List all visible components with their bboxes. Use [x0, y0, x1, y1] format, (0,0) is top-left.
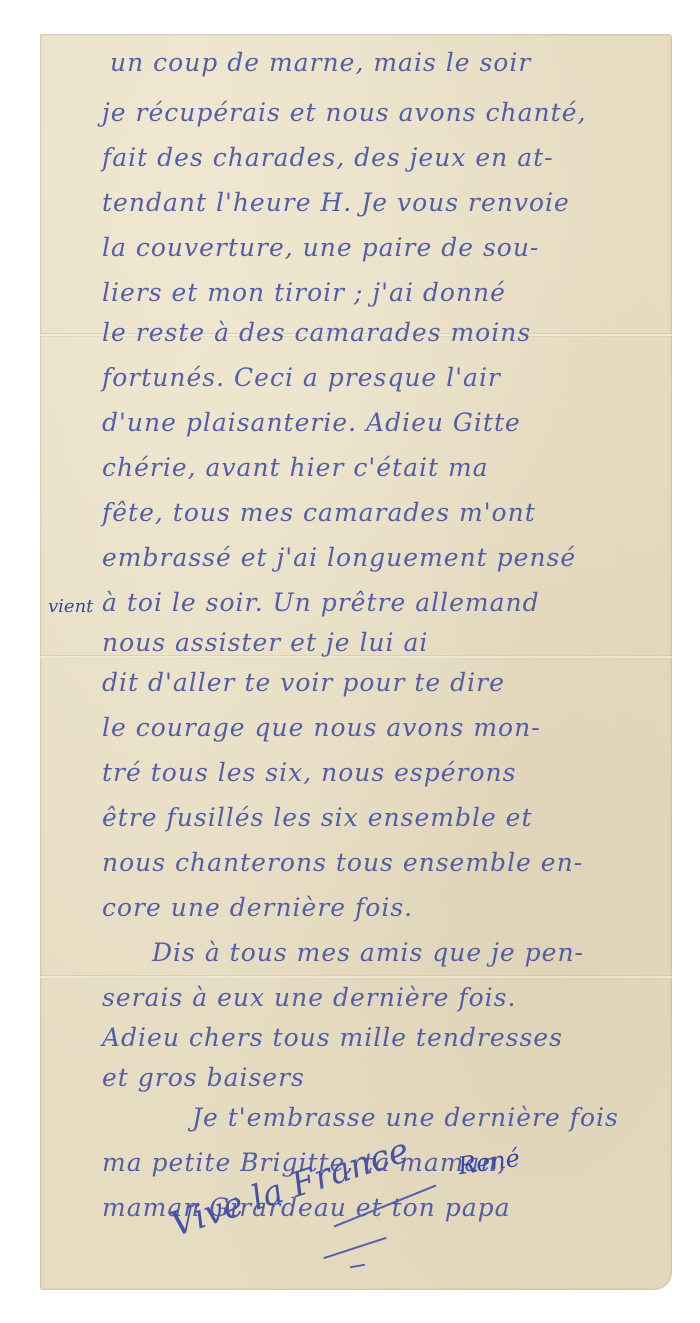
letter-line: et gros baisers: [102, 1063, 305, 1092]
letter-line: tendant l'heure H. Je vous renvoie: [102, 188, 570, 217]
letter-line: tré tous les six, nous espérons: [102, 758, 516, 787]
letter-line: fortunés. Ceci a presque l'air: [102, 363, 501, 392]
letter-line: nous chanterons tous ensemble en-: [102, 848, 583, 877]
letter-line: le reste à des camarades moins: [102, 318, 531, 347]
letter-line: liers et mon tiroir ; j'ai donné: [102, 278, 506, 307]
letter-line: la couverture, une paire de sou-: [102, 233, 539, 262]
letter-line: d'une plaisanterie. Adieu Gitte: [102, 408, 521, 437]
letter-line: un coup de marne, mais le soir: [110, 48, 531, 77]
letter-line: Adieu chers tous mille tendresses: [102, 1023, 563, 1052]
letter-line: Dis à tous mes amis que je pen-: [152, 938, 584, 967]
letter-line: être fusillés les six ensemble et: [102, 803, 533, 832]
letter-line: fait des charades, des jeux en at-: [102, 143, 554, 172]
letter-line: le courage que nous avons mon-: [102, 713, 541, 742]
letter-line: à toi le soir. Un prêtre allemand: [102, 588, 540, 617]
letter-line: embrassé et j'ai longuement pensé: [102, 543, 576, 572]
letter-paper: [40, 34, 672, 1290]
letter-line: nous assister et je lui ai: [102, 628, 428, 657]
margin-insertion: vient: [48, 596, 93, 617]
letter-line: je récupérais et nous avons chanté,: [102, 98, 586, 127]
letter-line: chérie, avant hier c'était ma: [102, 453, 489, 482]
fold-line: [40, 975, 672, 979]
letter-line: Je t'embrasse une dernière fois: [192, 1103, 619, 1132]
letter-line: dit d'aller te voir pour te dire: [102, 668, 505, 697]
letter-line: serais à eux une dernière fois.: [102, 983, 516, 1012]
letter-line: core une dernière fois.: [102, 893, 413, 922]
letter-line: fête, tous mes camarades m'ont: [102, 498, 536, 527]
